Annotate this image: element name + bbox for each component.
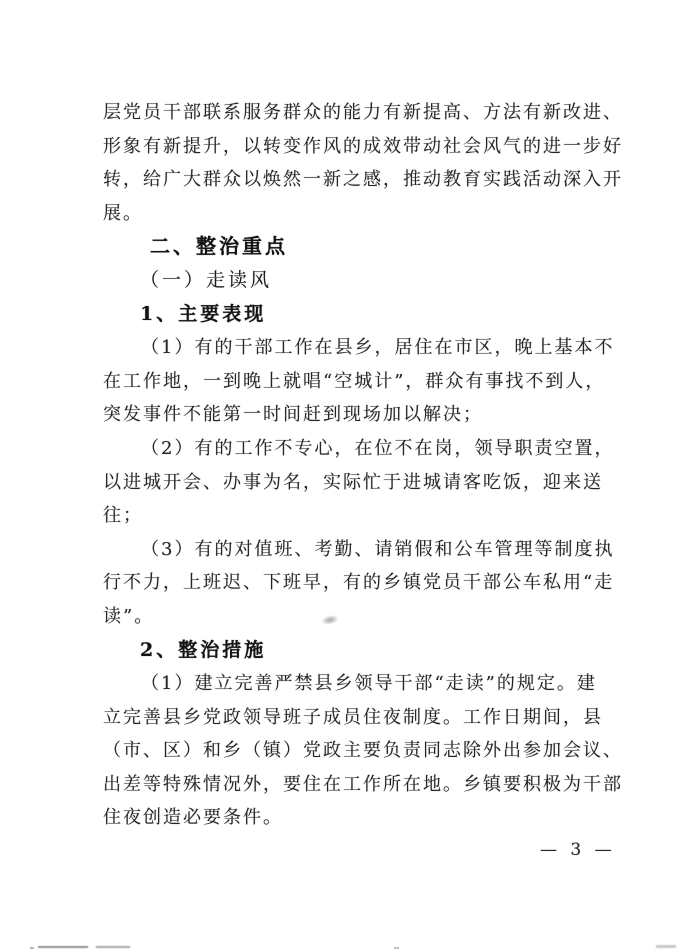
text-line: 转，给广大群众以焕然一新之感，推动教育实践活动深入开 [103, 163, 633, 197]
text-line: 读”。 [103, 600, 633, 634]
text-line: （1）建立完善严禁县乡领导干部“走读”的规定。建 [141, 667, 633, 701]
text-line: 行不力，上班迟、下班早，有的乡镇党员干部公车私用“走 [103, 566, 633, 600]
text-line: （3）有的对值班、考勤、请销假和公车管理等制度执 [141, 533, 633, 567]
text-line: 往； [103, 499, 633, 533]
text-line: 立完善县乡党政领导班子成员住夜制度。工作日期间，县 [103, 701, 633, 735]
heading-line: 1、主要表现 [140, 298, 633, 332]
page-number: — 3 — [540, 840, 616, 860]
heading-line: （一）走读风 [140, 264, 633, 298]
scan-edge-line-artifact [96, 946, 130, 948]
text-line: 层党员干部联系服务群众的能力有新提高、方法有新改进、 [103, 96, 633, 130]
text-line: （1）有的干部工作在县乡，居住在市区，晚上基本不 [141, 331, 633, 365]
text-line: 形象有新提升，以转变作风的成效带动社会风气的进一步好 [103, 130, 633, 164]
scan-edge-mark-artifact [656, 945, 676, 948]
text-line: （市、区）和乡（镇）党政主要负责同志除外出参加会议、 [103, 734, 633, 768]
text-line: （2）有的工作不专心，在位不在岗，领导职责空置， [141, 432, 633, 466]
scan-edge-line-artifact [38, 946, 88, 948]
heading-line: 2、整治措施 [140, 634, 633, 668]
scanned-document-page: 层党员干部联系服务群众的能力有新提高、方法有新改进、形象有新提升，以转变作风的成… [0, 0, 693, 952]
scan-speck-artifact [30, 947, 34, 949]
text-line: 在工作地，一到晚上就唱“空城计”，群众有事找不到人， [103, 365, 633, 399]
text-line: 以进城开会、办事为名，实际忙于进城请客吃饭，迎来送 [103, 466, 633, 500]
heading-line: 二、整治重点 [150, 230, 633, 264]
text-line: 展。 [103, 197, 633, 231]
text-line: 住夜创造必要条件。 [103, 801, 633, 835]
text-line: 出差等特殊情况外，要住在工作所在地。乡镇要积极为干部 [103, 768, 633, 802]
document-text-block: 层党员干部联系服务群众的能力有新提高、方法有新改进、形象有新提升，以转变作风的成… [103, 96, 633, 835]
text-line: 突发事件不能第一时间赶到现场加以解决； [103, 398, 633, 432]
scan-speck-artifact [394, 947, 399, 949]
